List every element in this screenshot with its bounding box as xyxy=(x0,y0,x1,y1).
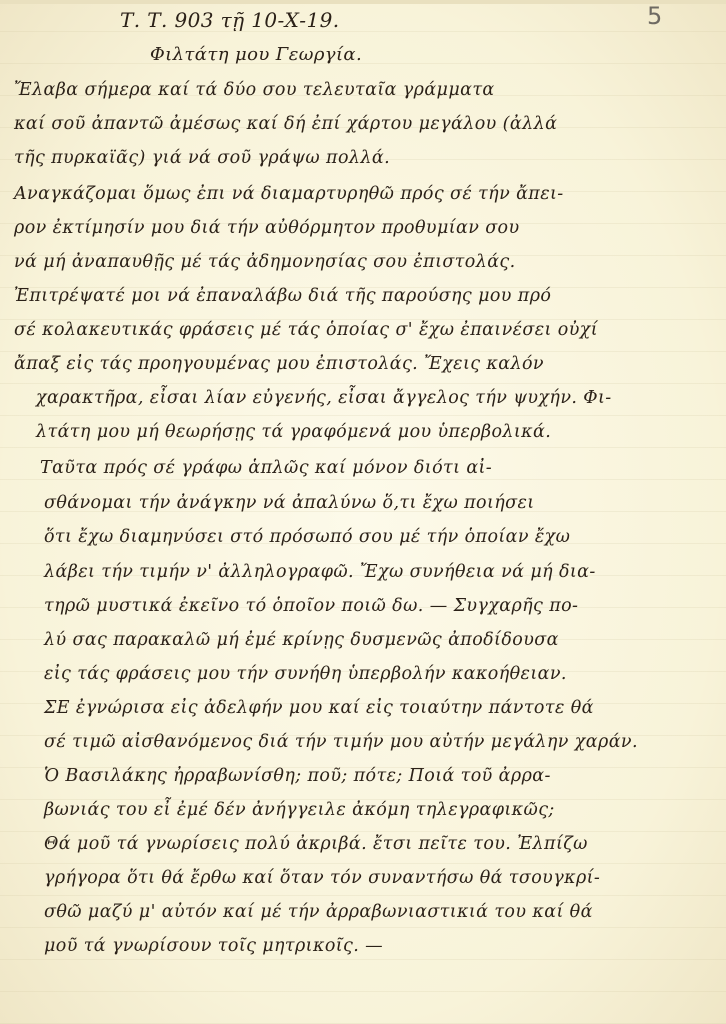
scan-edge xyxy=(0,0,726,4)
body-line: τῆς πυρκαϊᾶς) γιά νά σοῦ γράψω πολλά. xyxy=(14,148,390,168)
body-line: Ἔλαβα σήμερα καί τά δύο σου τελευταῖα γρ… xyxy=(14,80,495,100)
body-line: τηρῶ μυστικά ἐκεῖνο τό ὁποῖον ποιῶ δω. —… xyxy=(44,596,578,616)
body-line: Ἐπιτρέψατέ μοι νά ἐπαναλάβω διά τῆς παρο… xyxy=(14,286,551,306)
body-line: ὅτι ἔχω διαμηνύσει στό πρόσωπό σου μέ τή… xyxy=(44,527,570,547)
letter-salutation: Φιλτάτη μου Γεωργία. xyxy=(150,44,362,65)
body-line: ἄπαξ εἰς τάς προηγουμένας μου ἐπιστολάς.… xyxy=(14,354,544,374)
body-line: Ὁ Βασιλάκης ἠρραβωνίσθη; ποῦ; πότε; Ποιά… xyxy=(44,766,551,786)
letter-header-date: Τ. Τ. 903 τῇ 10-Χ-19. xyxy=(120,8,339,32)
body-line: γρήγορα ὅτι θά ἔρθω καί ὅταν τόν συναντή… xyxy=(44,868,600,888)
body-line: σέ τιμῶ αἰσθανόμενος διά τήν τιμήν μου α… xyxy=(44,732,638,752)
body-line: νά μή ἀναπαυθῇς μέ τάς ἀδημονησίας σου ἐ… xyxy=(14,252,516,272)
body-line: σθάνομαι τήν ἀνάγκην νά ἀπαλύνω ὅ,τι ἔχω… xyxy=(44,493,535,513)
body-line: Ταῦτα πρός σέ γράφω ἁπλῶς καί μόνον διότ… xyxy=(40,458,492,478)
body-line: Θά μοῦ τά γνωρίσεις πολύ ἀκριβά. ἔτσι πε… xyxy=(44,834,588,854)
body-line: χαρακτῆρα, εἶσαι λίαν εὐγενής, εἶσαι ἄγγ… xyxy=(36,388,612,408)
body-line: καί σοῦ ἀπαντῶ ἀμέσως καί δή ἐπί χάρτου … xyxy=(14,114,557,134)
body-line: ΣΕ ἐγνώρισα εἰς ἀδελφήν μου καί εἰς τοια… xyxy=(44,698,594,718)
body-line: λτάτη μου μή θεωρήσῃς τά γραφόμενά μου ὑ… xyxy=(36,422,551,442)
body-line: λάβει τήν τιμήν ν' ἀλληλογραφῶ. Ἔχω συνή… xyxy=(44,562,596,582)
body-line: Αναγκάζομαι ὅμως ἐπι νά διαμαρτυρηθῶ πρό… xyxy=(14,184,564,204)
body-line: σέ κολακευτικάς φράσεις μέ τάς ὁποίας σ'… xyxy=(14,320,598,340)
letter-page: 5 Τ. Τ. 903 τῇ 10-Χ-19. Φιλτάτη μου Γεωρ… xyxy=(0,0,726,1024)
body-line: λύ σας παρακαλῶ μή ἐμέ κρίνῃς δυσμενῶς ἀ… xyxy=(44,630,559,650)
body-line: ρον ἐκτίμησίν μου διά τήν αὐθόρμητον προ… xyxy=(14,218,520,238)
body-line: εἰς τάς φράσεις μου τήν συνήθη ὑπερβολήν… xyxy=(44,664,567,684)
body-line: σθῶ μαζύ μ' αὐτόν καί μέ τήν ἀρραβωνιαστ… xyxy=(44,902,593,922)
body-line: βωνιάς του εἶ ἐμέ δέν ἀνήγγειλε ἀκόμη τη… xyxy=(44,800,555,820)
body-line: μοῦ τά γνωρίσουν τοῖς μητρικοῖς. — xyxy=(44,936,383,956)
page-number: 5 xyxy=(647,2,662,30)
